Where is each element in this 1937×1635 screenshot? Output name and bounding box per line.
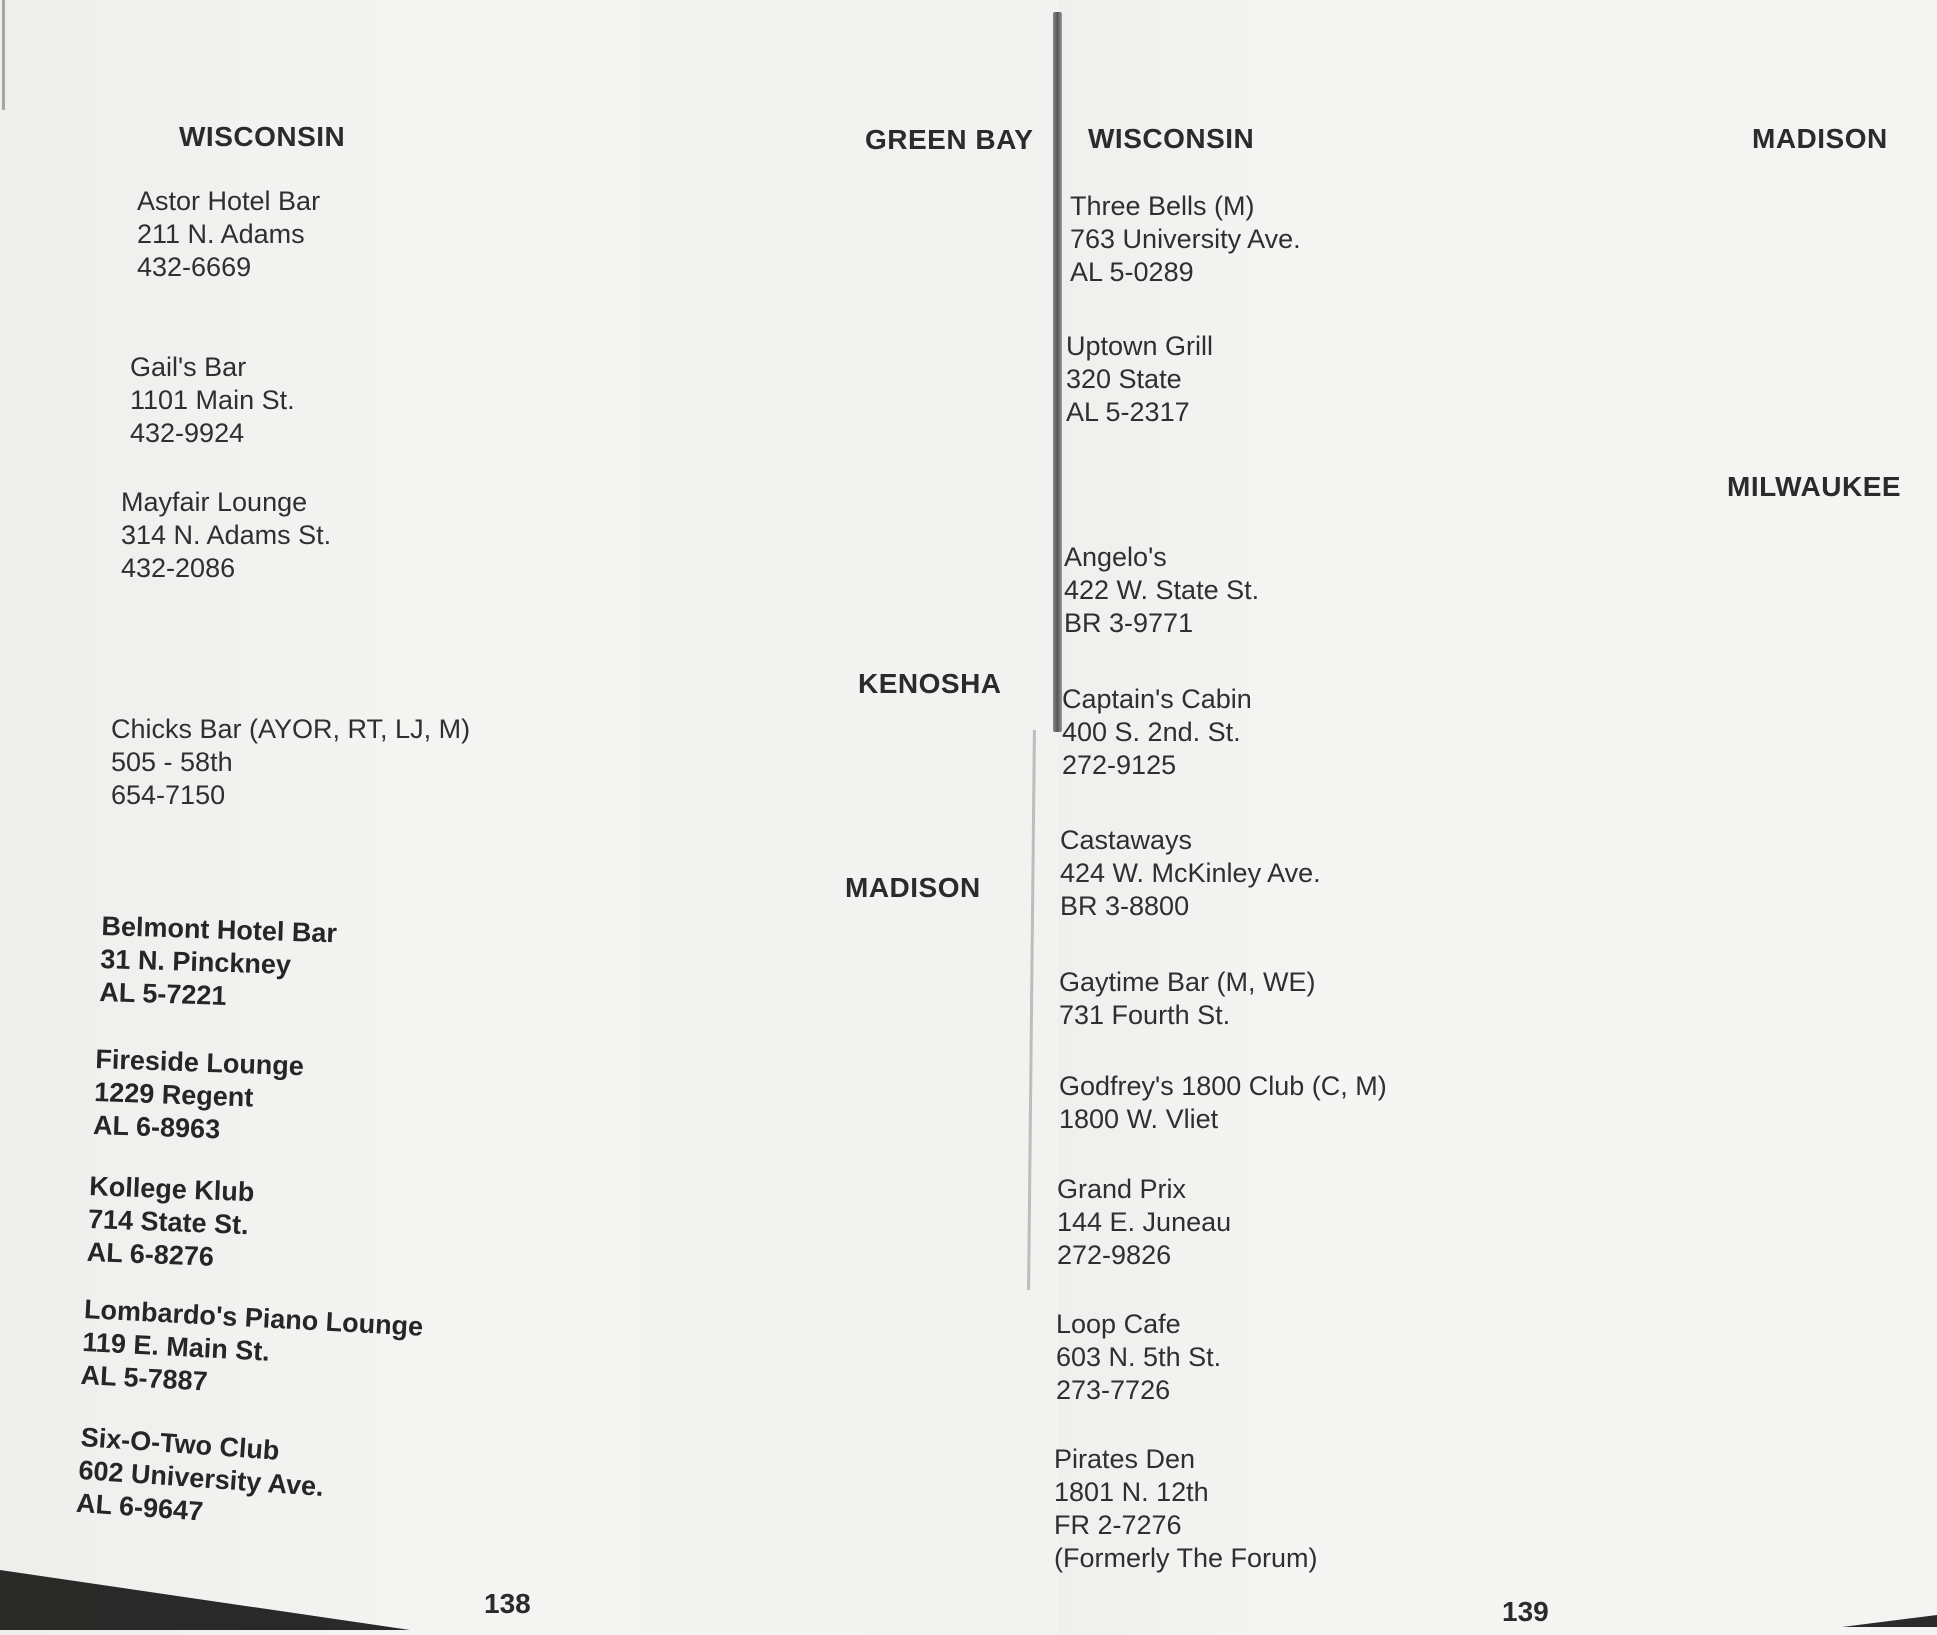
listing-uptown-grill: Uptown Grill 320 State AL 5-2317 (1066, 330, 1213, 429)
listing-captains-cabin: Captain's Cabin 400 S. 2nd. St. 272-9125 (1062, 683, 1252, 782)
page-number-right: 139 (1502, 1596, 1549, 1628)
listing-address: 1101 Main St. (130, 384, 295, 417)
listing-phone: 272-9125 (1062, 749, 1252, 782)
listing-name: Pirates Den (1054, 1443, 1318, 1476)
listing-belmont-hotel-bar: Belmont Hotel Bar 31 N. Pinckney AL 5-72… (99, 910, 338, 1016)
listing-note: (Formerly The Forum) (1054, 1542, 1318, 1575)
listing-name: Three Bells (M) (1070, 190, 1301, 223)
listing-name: Gail's Bar (130, 351, 295, 384)
listing-phone: 432-2086 (121, 552, 331, 585)
listing-gaytime-bar: Gaytime Bar (M, WE) 731 Fourth St. (1059, 966, 1316, 1032)
listing-name: Gaytime Bar (M, WE) (1059, 966, 1316, 999)
listing-phone: BR 3-9771 (1064, 607, 1259, 640)
listing-phone: AL 5-2317 (1066, 396, 1213, 429)
listing-phone: 432-9924 (130, 417, 295, 450)
listing-phone: BR 3-8800 (1060, 890, 1321, 923)
listing-address: 422 W. State St. (1064, 574, 1259, 607)
listing-name: Castaways (1060, 824, 1321, 857)
listing-phone: 654-7150 (111, 779, 470, 812)
city-heading-green-bay: GREEN BAY (865, 126, 1033, 154)
listing-astor-hotel-bar: Astor Hotel Bar 211 N. Adams 432-6669 (137, 185, 320, 284)
listing-name: Mayfair Lounge (121, 486, 331, 519)
listing-three-bells: Three Bells (M) 763 University Ave. AL 5… (1070, 190, 1301, 289)
listing-godfreys-1800-club: Godfrey's 1800 Club (C, M) 1800 W. Vliet (1059, 1070, 1387, 1136)
city-heading-milwaukee: MILWAUKEE (1727, 473, 1901, 501)
listing-address: 603 N. 5th St. (1056, 1341, 1221, 1374)
listing-lombardos-piano-lounge: Lombardo's Piano Lounge 119 E. Main St. … (80, 1293, 424, 1410)
listing-phone: AL 5-0289 (1070, 256, 1301, 289)
listing-name: Godfrey's 1800 Club (C, M) (1059, 1070, 1387, 1103)
listing-grand-prix: Grand Prix 144 E. Juneau 272-9826 (1057, 1173, 1231, 1272)
listing-name: Astor Hotel Bar (137, 185, 320, 218)
listing-address: 320 State (1066, 363, 1213, 396)
listing-name: Loop Cafe (1056, 1308, 1221, 1341)
city-heading-madison-right: MADISON (1752, 125, 1888, 153)
listing-address: 1801 N. 12th (1054, 1476, 1318, 1509)
listing-name: Angelo's (1064, 541, 1259, 574)
listing-gails-bar: Gail's Bar 1101 Main St. 432-9924 (130, 351, 295, 450)
listing-castaways: Castaways 424 W. McKinley Ave. BR 3-8800 (1060, 824, 1321, 923)
listing-angelos: Angelo's 422 W. State St. BR 3-9771 (1064, 541, 1259, 640)
city-heading-madison-left: MADISON (845, 874, 981, 902)
listing-name: Grand Prix (1057, 1173, 1231, 1206)
listing-address: 211 N. Adams (137, 218, 320, 251)
listing-phone: 432-6669 (137, 251, 320, 284)
listing-address: 1800 W. Vliet (1059, 1103, 1387, 1136)
right-state-heading: WISCONSIN (1088, 125, 1254, 153)
listing-chicks-bar: Chicks Bar (AYOR, RT, LJ, M) 505 - 58th … (111, 713, 470, 812)
page-number-left: 138 (484, 1588, 531, 1620)
listing-phone: FR 2-7276 (1054, 1509, 1318, 1542)
city-heading-kenosha: KENOSHA (858, 670, 1002, 698)
listing-address: 505 - 58th (111, 746, 470, 779)
listing-phone: 273-7726 (1056, 1374, 1221, 1407)
listing-name: Chicks Bar (AYOR, RT, LJ, M) (111, 713, 470, 746)
listing-phone: 272-9826 (1057, 1239, 1231, 1272)
listing-loop-cafe: Loop Cafe 603 N. 5th St. 273-7726 (1056, 1308, 1221, 1407)
listing-name: Captain's Cabin (1062, 683, 1252, 716)
listing-name: Uptown Grill (1066, 330, 1213, 363)
listing-six-o-two-club: Six-O-Two Club 602 University Ave. AL 6-… (75, 1421, 327, 1537)
listing-address: 314 N. Adams St. (121, 519, 331, 552)
listing-address: 424 W. McKinley Ave. (1060, 857, 1321, 890)
listing-address: 763 University Ave. (1070, 223, 1301, 256)
listing-pirates-den: Pirates Den 1801 N. 12th FR 2-7276 (Form… (1054, 1443, 1318, 1575)
listing-mayfair-lounge: Mayfair Lounge 314 N. Adams St. 432-2086 (121, 486, 331, 585)
listing-fireside-lounge: Fireside Lounge 1229 Regent AL 6-8963 (93, 1043, 305, 1149)
listing-address: 400 S. 2nd. St. (1062, 716, 1252, 749)
page-edge (2, 0, 5, 110)
left-state-heading: WISCONSIN (179, 123, 345, 151)
listing-kollege-klub: Kollege Klub 714 State St. AL 6-8276 (86, 1170, 255, 1275)
listing-address: 144 E. Juneau (1057, 1206, 1231, 1239)
book-binding-gutter (1053, 12, 1062, 732)
listing-phone: AL 6-8276 (86, 1236, 252, 1275)
listing-address: 731 Fourth St. (1059, 999, 1316, 1032)
